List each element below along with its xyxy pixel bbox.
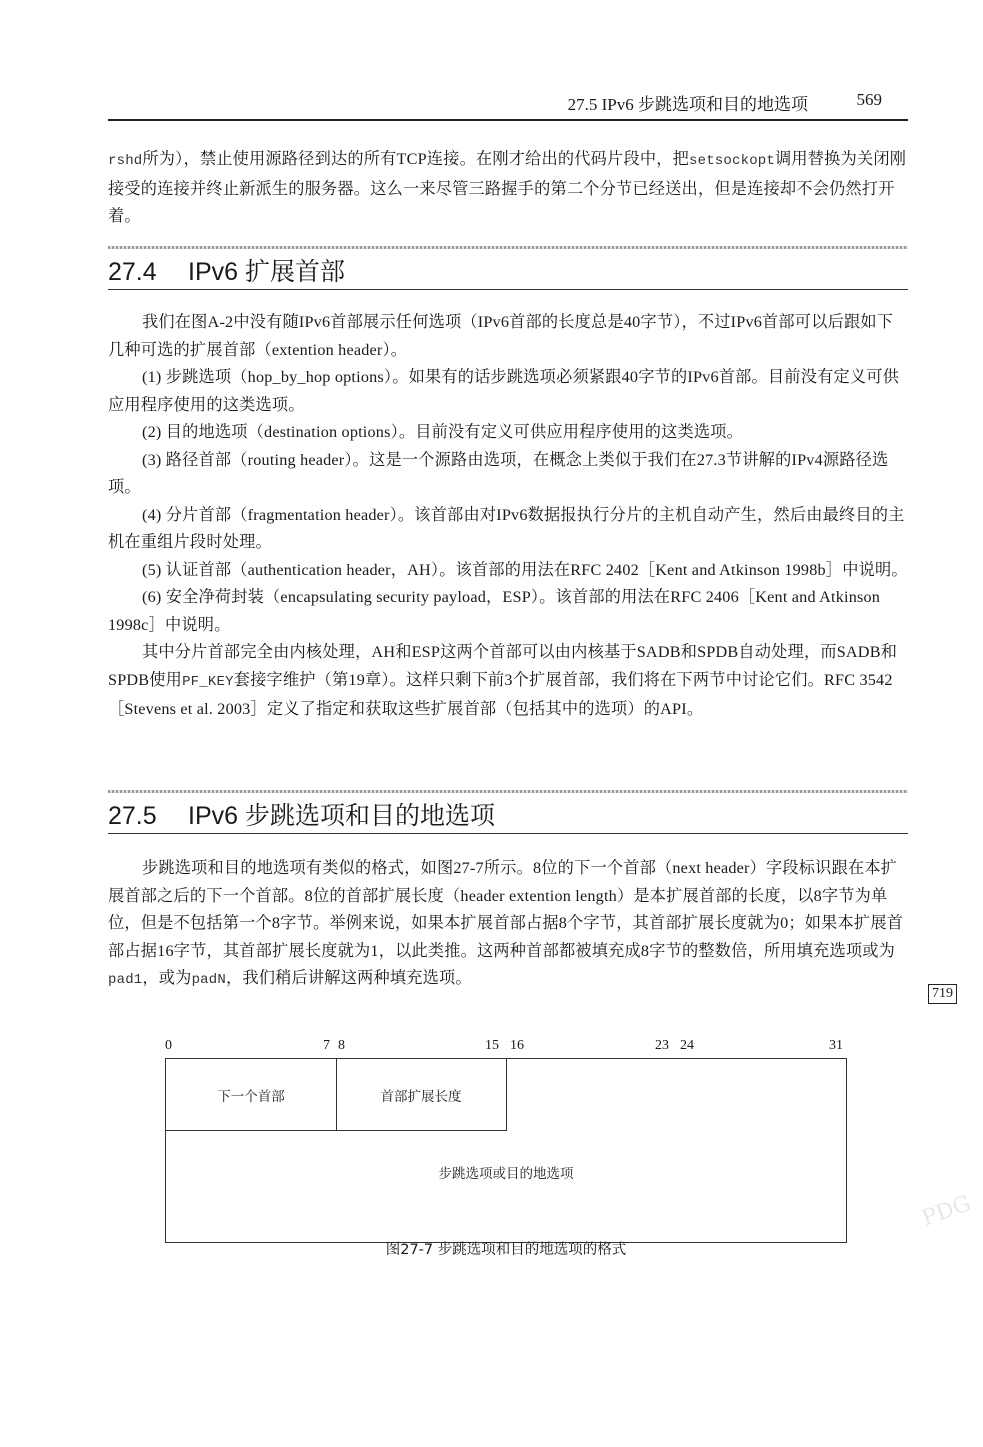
- list-item: (5) 认证首部（authentication header，AH）。该首部的用…: [108, 557, 908, 585]
- bit-31: 31: [829, 1038, 843, 1054]
- field-header-ext-length: 首部扩展长度: [336, 1058, 507, 1131]
- running-head-title: 27.5 IPv6 步跳选项和目的地选项: [568, 90, 808, 115]
- section-27-5-body: 步跳选项和目的地选项有类似的格式，如图27-7所示。8位的下一个首部（next …: [108, 855, 908, 995]
- section-number: 27.4: [108, 258, 188, 287]
- field-label: 下一个首部: [217, 1085, 285, 1105]
- code-pf-key: PF_KEY: [182, 674, 234, 690]
- list-item: (2) 目的地选项（destination options）。目前没有定义可供应…: [108, 419, 908, 447]
- top-border: [507, 1058, 846, 1059]
- section-27-4-body: 我们在图A-2中没有随IPv6首部展示任何选项（IPv6首部的长度总是40字节）…: [108, 309, 908, 724]
- list-item: (3) 路径首部（routing header）。这是一个源路由选项，在概念上类…: [108, 447, 908, 502]
- dotted-rule: [108, 246, 908, 249]
- header-rule: [108, 119, 908, 121]
- field-label: 首部扩展长度: [381, 1085, 462, 1105]
- section-title: 27.4IPv6 扩展首部: [108, 252, 345, 288]
- bit-0: 0: [165, 1038, 172, 1054]
- figure-27-7: 0 7 8 15 16 23 24 31 下一个首部 首部扩展长度 步跳选项或目…: [165, 1038, 847, 1243]
- bit-24: 24: [680, 1038, 694, 1054]
- running-head: 27.5 IPv6 步跳选项和目的地选项 569: [108, 88, 908, 118]
- list-item: (6) 安全净荷封装（encapsulating security payloa…: [108, 584, 908, 639]
- figure-caption: 图27-7 步跳选项和目的地选项的格式: [165, 1238, 847, 1259]
- text: 步跳选项和目的地选项有类似的格式，如图27-7所示。8位的下一个首部（next …: [108, 859, 903, 960]
- page-number: 569: [857, 90, 883, 110]
- list-item: (1) 步跳选项（hop_by_hop options）。如果有的话步跳选项必须…: [108, 364, 908, 419]
- section-number: 27.5: [108, 802, 188, 831]
- section-underline: [108, 833, 908, 835]
- bit-23: 23: [655, 1038, 669, 1054]
- text: ，或为: [142, 969, 191, 987]
- section-title-text: IPv6 步跳选项和目的地选项: [188, 802, 495, 830]
- bit-16: 16: [510, 1038, 524, 1054]
- bit-8: 8: [338, 1038, 345, 1054]
- code-rshd: rshd: [108, 153, 142, 169]
- section-title-text: IPv6 扩展首部: [188, 258, 345, 286]
- code-pad1: pad1: [108, 972, 142, 988]
- bit-7: 7: [323, 1038, 330, 1054]
- intro-paragraph: rshd所为），禁止使用源路径到达的所有TCP连接。在刚才给出的代码片段中，把s…: [108, 146, 908, 231]
- list-item: (4) 分片首部（fragmentation header）。该首部由对IPv6…: [108, 502, 908, 557]
- paragraph: 我们在图A-2中没有随IPv6首部展示任何选项（IPv6首部的长度总是40字节）…: [108, 309, 908, 364]
- text: ，我们稍后讲解这两种填充选项。: [226, 969, 472, 987]
- code-setsockopt: setsockopt: [689, 153, 775, 169]
- section-heading-27-5: 27.5IPv6 步跳选项和目的地选项: [108, 790, 908, 834]
- bit-15: 15: [485, 1038, 499, 1054]
- watermark-text: PDG: [919, 1191, 975, 1232]
- section-underline: [108, 289, 908, 291]
- intro-text-1: 所为），禁止使用源路径到达的所有TCP连接。在刚才给出的代码片段中，把: [142, 150, 689, 168]
- section-title: 27.5IPv6 步跳选项和目的地选项: [108, 796, 495, 832]
- code-padn: padN: [192, 972, 226, 988]
- field-options: 步跳选项或目的地选项: [166, 1162, 846, 1182]
- section-heading-27-4: 27.4IPv6 扩展首部: [108, 246, 908, 290]
- paragraph: 其中分片首部完全由内核处理，AH和ESP这两个首部可以由内核基于SADB和SPD…: [108, 639, 908, 724]
- margin-page-reference: 719: [928, 984, 957, 1004]
- header-format-box: 下一个首部 首部扩展长度 步跳选项或目的地选项: [165, 1058, 847, 1243]
- paragraph: 步跳选项和目的地选项有类似的格式，如图27-7所示。8位的下一个首部（next …: [108, 855, 908, 995]
- bit-labels: 0 7 8 15 16 23 24 31: [165, 1038, 847, 1058]
- row-divider: [166, 1130, 507, 1131]
- dotted-rule: [108, 790, 908, 793]
- field-next-header: 下一个首部: [166, 1058, 337, 1131]
